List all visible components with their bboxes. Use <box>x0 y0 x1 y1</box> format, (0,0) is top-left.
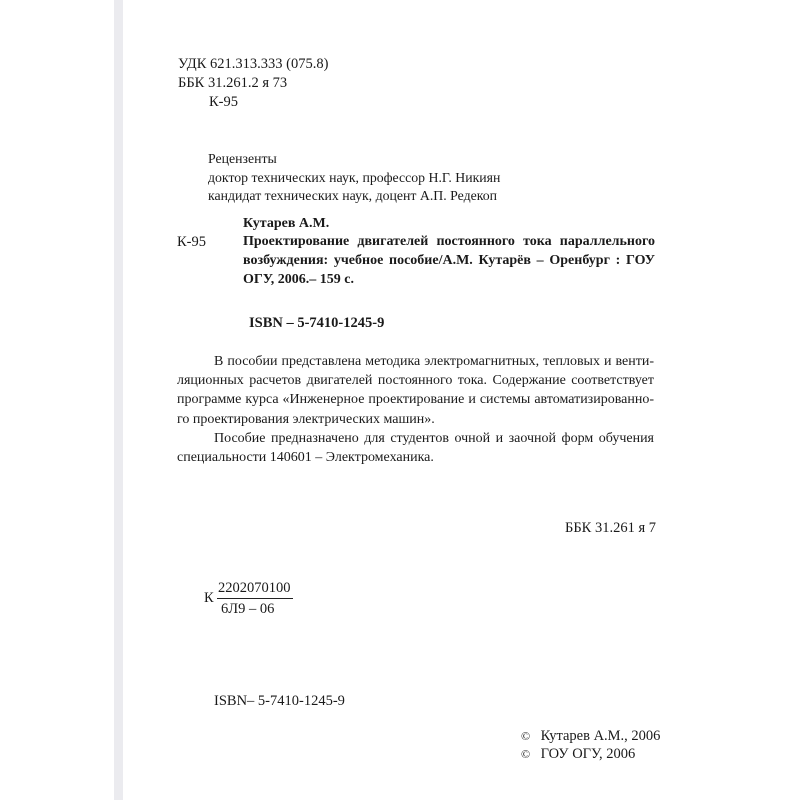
bbk-index: ББК 31.261 я 7 <box>565 520 656 537</box>
classification-block: УДК 621.313.333 (075.8) ББК 31.261.2 я 7… <box>178 56 328 113</box>
abstract-line: ляционных расчетов двигателей постоянног… <box>177 371 654 390</box>
book-spine-shadow <box>114 0 123 800</box>
fraction-prefix: К <box>204 590 214 607</box>
udk-code: УДК 621.313.333 (075.8) <box>178 56 328 75</box>
reviewers-heading: Рецензенты <box>208 150 500 169</box>
bbk-code: ББК 31.261.2 я 73 <box>178 75 328 94</box>
fraction-denominator: 6Л9 – 06 <box>221 601 274 618</box>
copyright-text: Кутарев А.М., 2006 <box>541 728 661 744</box>
reviewer-item: доктор технических наук, профессор Н.Г. … <box>208 169 500 188</box>
catalog-code: К-95 <box>177 234 206 251</box>
copyright-line: © ГОУ ОГУ, 2006 <box>521 745 660 763</box>
copyright-block: © Кутарев А.М., 2006 © ГОУ ОГУ, 2006 <box>521 727 660 763</box>
copyright-text: ГОУ ОГУ, 2006 <box>541 746 636 762</box>
abstract-line: В пособии представлена методика электром… <box>177 352 654 371</box>
catalog-isbn: ISBN – 5-7410-1245-9 <box>249 315 384 332</box>
abstract-line: специальности 140601 – Электромеханика. <box>177 448 654 467</box>
catalog-title-line: Проектирование двигателей постоянного то… <box>243 232 655 251</box>
fraction-numerator: 2202070100 <box>217 580 293 599</box>
abstract-line: Пособие предназначено для студентов очно… <box>177 429 654 448</box>
isbn-footer: ISBN– 5-7410-1245-9 <box>214 693 345 710</box>
catalog-author: Кутарев А.М. <box>243 216 329 232</box>
reviewer-item: кандидат технических наук, доцент А.П. Р… <box>208 187 500 206</box>
copyright-icon: © <box>521 727 537 745</box>
abstract-line: программе курса «Инженерное проектирован… <box>177 390 654 409</box>
copyright-icon: © <box>521 745 537 763</box>
catalog-title: Проектирование двигателей постоянного то… <box>243 232 655 289</box>
abstract-line: го проектирования электрических машин». <box>177 410 654 429</box>
author-mark: К-95 <box>178 94 328 113</box>
abstract-paragraph: В пособии представлена методика электром… <box>177 352 654 467</box>
catalog-title-line: возбуждения: учебное пособие/А.М. Кутарё… <box>243 251 655 270</box>
copyright-line: © Кутарев А.М., 2006 <box>521 727 660 745</box>
catalog-title-line: ОГУ, 2006.– 159 с. <box>243 270 655 289</box>
reviewers-block: Рецензенты доктор технических наук, проф… <box>208 150 500 206</box>
